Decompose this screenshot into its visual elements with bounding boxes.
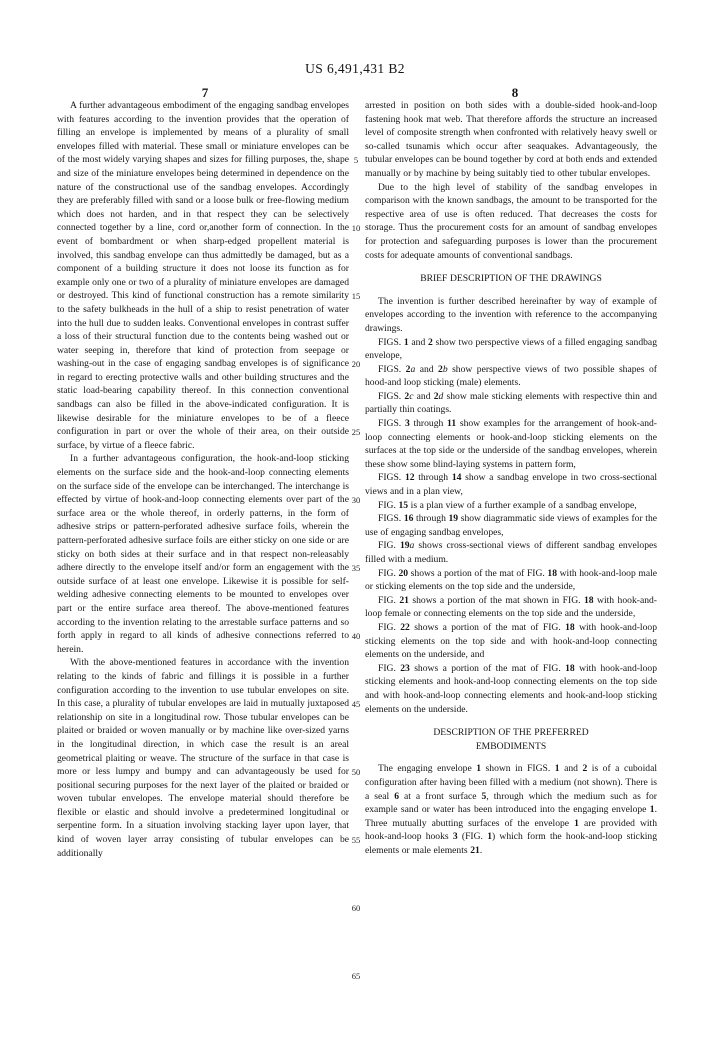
line-number: 15 — [348, 291, 364, 301]
section-heading: BRIEF DESCRIPTION OF THE DRAWINGS — [371, 272, 651, 286]
paragraph: FIG. 23 shows a portion of the mat of FI… — [365, 662, 657, 716]
paragraph: FIGS. 12 through 14 show a sandbag envel… — [365, 471, 657, 498]
paragraph: FIGS. 3 through 11 show examples for the… — [365, 417, 657, 471]
paragraph: FIG. 21 shows a portion of the mat shown… — [365, 594, 657, 621]
patent-number-header: US 6,491,431 B2 — [0, 61, 710, 77]
paragraph: FIG. 19a shows cross-sectional views of … — [365, 539, 657, 566]
paragraph: FIG. 20 shows a portion of the mat of FI… — [365, 567, 657, 594]
paragraph: FIGS. 1 and 2 show two perspective views… — [365, 336, 657, 363]
paragraph: FIG. 15 is a plan view of a further exam… — [365, 499, 657, 513]
paragraph: The engaging envelope 1 shown in FIGS. 1… — [365, 762, 657, 857]
line-number: 65 — [348, 971, 364, 981]
paragraph: arrested in position on both sides with … — [365, 99, 657, 181]
line-number: 10 — [348, 223, 364, 233]
line-number: 30 — [348, 495, 364, 505]
column-left: A further advantageous embodiment of the… — [57, 99, 349, 860]
line-number: 25 — [348, 427, 364, 437]
line-number: 35 — [348, 563, 364, 573]
line-number: 5 — [348, 155, 364, 165]
paragraph: FIGS. 2c and 2d show male sticking eleme… — [365, 390, 657, 417]
paragraph: Due to the high level of stability of th… — [365, 181, 657, 263]
line-number: 60 — [348, 903, 364, 913]
line-number: 20 — [348, 359, 364, 369]
paragraph: The invention is further described herei… — [365, 295, 657, 336]
paragraph: A further advantageous embodiment of the… — [57, 99, 349, 452]
column-right: arrested in position on both sides with … — [365, 99, 657, 857]
paragraph: With the above-mentioned features in acc… — [57, 656, 349, 860]
line-number: 45 — [348, 699, 364, 709]
line-number: 40 — [348, 631, 364, 641]
paragraph: In a further advantageous configuration,… — [57, 452, 349, 656]
line-number: 50 — [348, 767, 364, 777]
paragraph: FIGS. 16 through 19 show diagrammatic si… — [365, 512, 657, 539]
paragraph: FIG. 22 shows a portion of the mat of FI… — [365, 621, 657, 662]
section-heading: DESCRIPTION OF THE PREFERRED EMBODIMENTS — [393, 726, 629, 753]
patent-page: US 6,491,431 B2 7 8 A further advantageo… — [0, 0, 710, 1043]
line-number: 55 — [348, 835, 364, 845]
paragraph: FIGS. 2a and 2b show perspective views o… — [365, 363, 657, 390]
